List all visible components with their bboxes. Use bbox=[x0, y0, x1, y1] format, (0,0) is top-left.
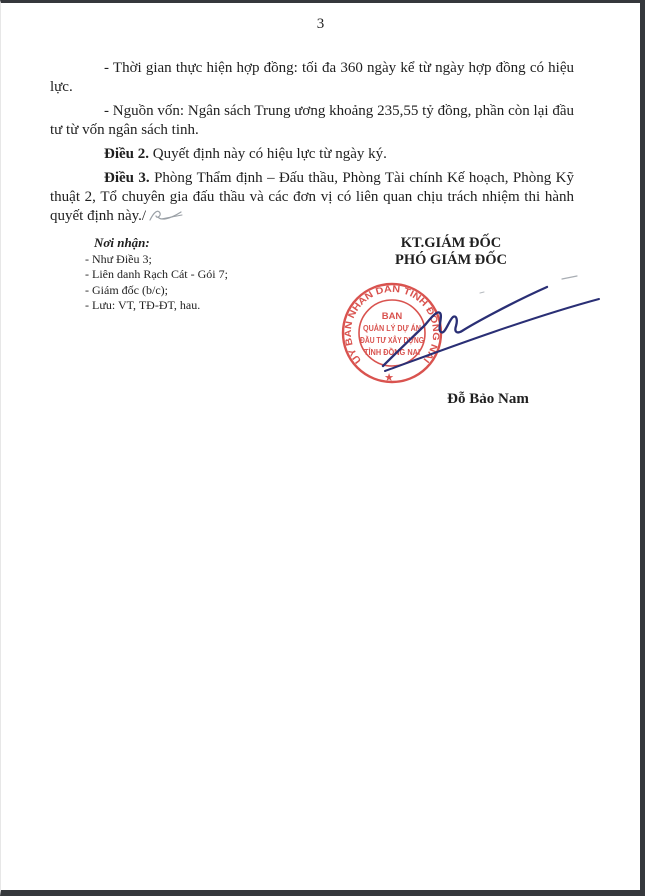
recipient-item: - Liên danh Rạch Cát - Gói 7; bbox=[85, 267, 228, 283]
signer-title-line2: PHÓ GIÁM ĐỐC bbox=[351, 252, 551, 269]
handwritten-signature bbox=[371, 269, 611, 389]
signer-title: KT.GIÁM ĐỐC PHÓ GIÁM ĐỐC bbox=[351, 235, 551, 269]
recipient-item: - Như Điều 3; bbox=[85, 252, 228, 268]
document-body: - Thời gian thực hiện hợp đồng: tối đa 3… bbox=[50, 59, 574, 226]
signature-stroke-underline bbox=[385, 299, 599, 371]
page: 3 - Thời gian thực hiện hợp đồng: tối đa… bbox=[1, 3, 640, 890]
recipient-item: - Lưu: VT, TĐ-ĐT, hau. bbox=[85, 298, 228, 314]
recipients-block: Nơi nhận: - Như Điều 3; - Liên danh Rạch… bbox=[85, 235, 228, 314]
paragraph-article-2: Điều 2. Quyết định này có hiệu lực từ ng… bbox=[50, 145, 574, 164]
signature-footer: Nơi nhận: - Như Điều 3; - Liên danh Rạch… bbox=[1, 235, 640, 455]
initials-squiggle-icon bbox=[148, 208, 184, 223]
signature-stroke-main bbox=[383, 287, 547, 366]
paragraph-contract-duration: - Thời gian thực hiện hợp đồng: tối đa 3… bbox=[50, 59, 574, 97]
article-2-label: Điều 2. bbox=[104, 146, 149, 162]
paragraph-article-3: Điều 3. Phòng Thẩm định – Đấu thầu, Phòn… bbox=[50, 169, 574, 226]
signature-faint-mark bbox=[562, 276, 577, 279]
page-number: 3 bbox=[1, 3, 640, 33]
article-3-label: Điều 3. bbox=[104, 170, 150, 186]
signature-ink-icon bbox=[371, 269, 611, 389]
article-2-text: Quyết định này có hiệu lực từ ngày ký. bbox=[149, 146, 387, 162]
recipients-heading: Nơi nhận: bbox=[85, 235, 228, 251]
signature-faint-mark bbox=[480, 292, 484, 293]
recipient-item: - Giám đốc (b/c); bbox=[85, 283, 228, 299]
signer-name: Đỗ Bảo Nam bbox=[383, 391, 593, 408]
signer-title-line1: KT.GIÁM ĐỐC bbox=[351, 235, 551, 252]
document-page: { "page": { "number": "3" }, "body": { "… bbox=[0, 0, 645, 896]
paragraph-funding-source: - Nguồn vốn: Ngân sách Trung ương khoảng… bbox=[50, 102, 574, 140]
